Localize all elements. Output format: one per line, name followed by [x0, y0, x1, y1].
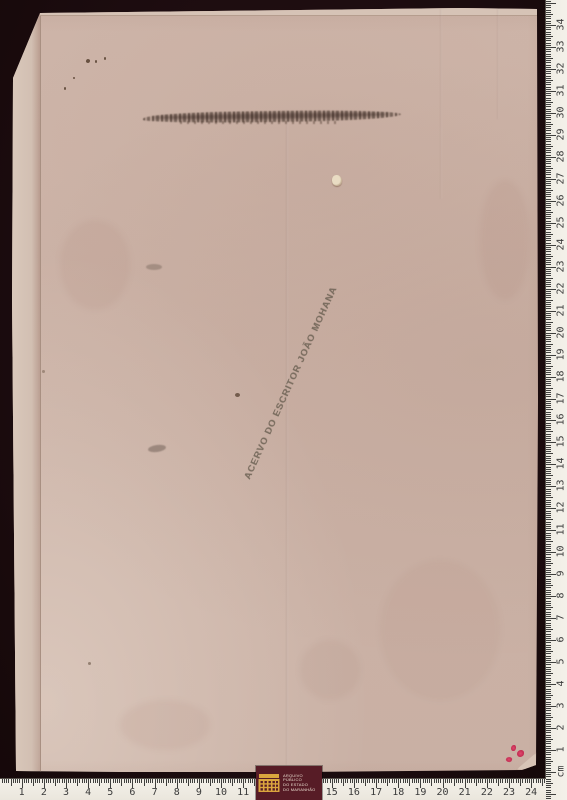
ruler-tick [546, 649, 551, 650]
ruler-tick [546, 572, 551, 573]
ruler-tick [546, 348, 551, 349]
ruler-tick [546, 159, 551, 160]
ruler-tick [520, 779, 521, 786]
ruler-tick [546, 238, 551, 239]
ruler-tick [546, 168, 553, 169]
ruler-number: 20 [434, 787, 452, 798]
ruler-tick [546, 757, 551, 758]
ruler-tick [469, 779, 470, 783]
ruler-tick [546, 416, 551, 417]
ruler-tick [546, 664, 551, 665]
ruler-tick [387, 779, 388, 786]
ruler-tick [546, 678, 551, 679]
ruler-tick [225, 779, 226, 783]
ruler-tick [546, 710, 551, 711]
ruler-tick [546, 78, 551, 79]
ruler-tick [546, 185, 551, 186]
ruler-tick [546, 49, 551, 50]
ruler-tick [101, 779, 102, 783]
ruler-tick [546, 352, 551, 353]
ruler-tick [546, 247, 551, 248]
ruler-tick [139, 779, 140, 783]
ruler-tick [546, 93, 551, 94]
ruler-tick [206, 779, 207, 783]
ruler-tick [546, 104, 551, 105]
ruler-tick [546, 667, 551, 668]
ruler-number: 4 [555, 676, 567, 692]
ruler-tick [546, 763, 551, 764]
ruler-tick [546, 495, 551, 496]
ruler-number: 8 [168, 787, 186, 798]
ruler-tick [546, 739, 553, 740]
ruler-tick [26, 779, 27, 783]
ruler-tick [546, 447, 551, 448]
ruler-number: 12 [555, 500, 567, 516]
ruler-tick [546, 546, 551, 547]
ruler-tick [15, 779, 16, 783]
ruler-tick [502, 779, 503, 783]
ruler-tick [462, 779, 463, 783]
ruler-tick [546, 339, 551, 340]
ruler-tick [546, 291, 551, 292]
ruler-tick [447, 779, 448, 783]
ruler-tick [546, 258, 551, 259]
ruler-tick [546, 697, 551, 698]
ruler-tick [330, 779, 331, 783]
ruler-tick [546, 32, 551, 33]
ruler-number: cm [555, 764, 567, 780]
ruler-tick [546, 544, 551, 545]
ruler-tick [546, 730, 551, 731]
ruler-tick [546, 207, 551, 208]
ruler-tick [546, 344, 553, 345]
ruler-tick [546, 95, 551, 96]
ruler-tick [489, 779, 490, 783]
ruler-tick [546, 576, 551, 577]
stain [300, 640, 360, 700]
ruler-tick [425, 779, 426, 783]
ruler-tick [546, 708, 551, 709]
ruler-number: 16 [555, 412, 567, 428]
ruler-tick [546, 642, 551, 643]
ruler-tick [152, 779, 153, 783]
ruler-tick [546, 212, 553, 213]
ruler-tick [546, 631, 551, 632]
crease [497, 9, 499, 119]
ruler-tick [341, 779, 342, 783]
ruler-tick [546, 528, 551, 529]
stain [480, 180, 530, 300]
ruler-tick [418, 779, 419, 783]
ruler-tick [451, 779, 452, 783]
ruler-tick [546, 794, 556, 795]
ruler-tick [546, 199, 551, 200]
ruler-tick [546, 337, 551, 338]
ruler-tick [546, 478, 551, 479]
ruler-tick [546, 629, 553, 630]
ruler-tick [546, 438, 551, 439]
ruler-tick [19, 779, 20, 783]
ruler-tick [137, 779, 138, 783]
ruler-tick [546, 458, 551, 459]
ruler-tick [546, 126, 551, 127]
ruler-tick [500, 779, 501, 783]
ruler-tick [179, 779, 180, 783]
ruler-tick [546, 58, 553, 59]
ruler-tick [546, 269, 551, 270]
ruler-tick [546, 568, 551, 569]
ruler-tick [546, 754, 551, 755]
ruler-tick [516, 779, 517, 783]
ruler-number: 11 [555, 522, 567, 538]
ruler-tick [449, 779, 450, 783]
ruler-tick [546, 163, 551, 164]
ruler-tick [546, 166, 551, 167]
ruler-tick [546, 232, 551, 233]
ruler-tick [48, 779, 49, 783]
ruler-tick [546, 87, 551, 88]
ruler-tick [77, 779, 78, 786]
ruler-tick [546, 366, 553, 367]
ruler-tick [546, 717, 553, 718]
ruler-tick [546, 23, 551, 24]
ruler-tick [392, 779, 393, 783]
ruler-tick [13, 779, 14, 783]
ruler-tick [172, 779, 173, 783]
ruler-tick [228, 779, 229, 783]
ruler-tick [546, 489, 551, 490]
ruler-tick [546, 40, 551, 41]
ruler-tick [31, 779, 32, 783]
ruler-tick [546, 188, 551, 189]
ruler-tick [208, 779, 209, 783]
ruler-tick [546, 493, 551, 494]
ruler-tick [95, 779, 96, 783]
ruler-tick [546, 741, 551, 742]
ruler-tick [546, 243, 551, 244]
ruler-tick [546, 425, 551, 426]
ruler-tick [175, 779, 176, 783]
stain [380, 560, 500, 700]
ruler-tick [546, 218, 551, 219]
ruler-tick [546, 682, 551, 683]
ruler-tick [478, 779, 479, 783]
ink-speck [104, 57, 106, 60]
ruler-tick [546, 302, 551, 303]
ruler-tick [546, 275, 551, 276]
ruler-tick [546, 137, 551, 138]
ruler-tick [546, 691, 551, 692]
ruler-tick [130, 779, 131, 783]
ruler-tick [11, 779, 12, 786]
ruler-tick [538, 779, 539, 783]
ruler-tick [546, 561, 551, 562]
ruler-tick [546, 405, 551, 406]
ruler-tick [188, 779, 189, 786]
ruler-tick [546, 407, 551, 408]
ruler-tick [327, 779, 328, 783]
ruler-number: 9 [190, 787, 208, 798]
ruler-tick [79, 779, 80, 783]
ruler-tick [546, 735, 551, 736]
ruler-tick [546, 590, 551, 591]
ruler-tick [46, 779, 47, 783]
ruler-tick [546, 796, 551, 797]
ruler-tick [431, 779, 432, 786]
ruler-tick [546, 449, 551, 450]
ruler-tick [119, 779, 120, 783]
ruler-tick [115, 779, 116, 783]
ruler-number: 1 [555, 742, 567, 758]
ruler-tick [546, 475, 553, 476]
ruler-tick [546, 122, 551, 123]
ruler-tick [343, 779, 344, 786]
ruler-number: 20 [555, 324, 567, 340]
ruler-number: 3 [555, 698, 567, 714]
ruler-tick [546, 554, 551, 555]
ruler-tick [546, 3, 556, 4]
ruler-tick [546, 234, 553, 235]
ruler-tick [546, 660, 551, 661]
ruler-tick [546, 675, 551, 676]
ruler-tick [546, 330, 551, 331]
ruler-tick [546, 51, 551, 52]
archive-logo: ARQUIVO PÚBLICO DO ESTADO DO MARANHÃO [256, 766, 322, 800]
ruler-tick [454, 779, 455, 786]
ruler-tick [546, 115, 551, 116]
ruler-tick [546, 7, 551, 8]
ruler-number: 25 [555, 214, 567, 230]
ruler-tick [546, 251, 551, 252]
ruler-tick [546, 190, 553, 191]
ruler-tick [546, 752, 551, 753]
ruler-tick [546, 240, 551, 241]
ruler-tick [546, 60, 551, 61]
ruler-tick [124, 779, 125, 783]
ruler-tick [513, 779, 514, 783]
ruler-tick [546, 625, 551, 626]
ruler-number: 13 [555, 478, 567, 494]
ruler-tick [546, 315, 551, 316]
ruler-tick [546, 249, 551, 250]
ruler-tick [352, 779, 353, 783]
ink-speck [42, 370, 45, 373]
ruler-tick [546, 787, 551, 788]
ruler-tick [546, 368, 551, 369]
ruler-tick [546, 673, 553, 674]
ruler-number: 4 [79, 787, 97, 798]
ruler-tick [546, 210, 551, 211]
ruler-tick [546, 638, 551, 639]
ruler-tick [546, 500, 551, 501]
ruler-tick [2, 779, 3, 783]
ruler-tick [363, 779, 364, 783]
ruler-tick [546, 306, 551, 307]
ruler-tick [409, 779, 410, 786]
ruler-tick [237, 779, 238, 783]
ruler-tick [546, 409, 553, 410]
ruler-tick [546, 264, 551, 265]
ruler-tick [546, 776, 551, 777]
ruler-tick [546, 54, 551, 55]
ruler-tick [546, 592, 551, 593]
ruler-tick [546, 361, 551, 362]
ruler-tick [219, 779, 220, 783]
ruler-tick [546, 119, 551, 120]
ruler-tick [546, 29, 551, 30]
ruler-tick [546, 146, 553, 147]
ruler-tick [544, 779, 545, 783]
ruler-tick [546, 205, 551, 206]
ruler-tick [546, 511, 551, 512]
ruler-tick [546, 295, 551, 296]
ruler-tick [146, 779, 147, 783]
ruler-tick [546, 651, 553, 652]
ruler-tick [458, 779, 459, 783]
ruler-tick [17, 779, 18, 783]
ruler-tick [141, 779, 142, 783]
ruler-number: 5 [555, 654, 567, 670]
ruler-tick [197, 779, 198, 783]
ruler-tick [540, 779, 541, 783]
ruler-tick [546, 671, 551, 672]
ruler-number: 22 [555, 280, 567, 296]
ruler-tick [546, 504, 551, 505]
ruler-tick [163, 779, 164, 783]
ruler-tick [546, 713, 551, 714]
ink-speck [235, 393, 240, 397]
ruler-tick [546, 563, 553, 564]
ruler-tick [361, 779, 362, 783]
ruler-tick [385, 779, 386, 783]
ruler-tick [546, 623, 551, 624]
ruler-right: cm12345678910111213141516171819202122232… [545, 0, 567, 800]
ruler-tick [190, 779, 191, 783]
ruler-tick [546, 647, 551, 648]
ruler-tick [546, 414, 551, 415]
ruler-tick [546, 603, 551, 604]
ruler-tick [546, 627, 551, 628]
ruler-tick [250, 779, 251, 783]
ruler-tick [546, 21, 551, 22]
ruler-tick [414, 779, 415, 783]
ruler-tick [35, 779, 36, 783]
ruler-tick [128, 779, 129, 783]
ruler-tick [546, 262, 551, 263]
ruler-tick [546, 774, 551, 775]
ruler-tick [381, 779, 382, 783]
ruler-tick [546, 396, 551, 397]
ruler-tick [546, 765, 551, 766]
ruler-tick [378, 779, 379, 783]
ruler-tick [230, 779, 231, 783]
ruler-tick [507, 779, 508, 783]
ruler-tick [546, 280, 551, 281]
ruler-number: 21 [555, 302, 567, 318]
ruler-tick [546, 144, 551, 145]
stain [120, 700, 210, 750]
ruler-tick [546, 102, 553, 103]
ruler-tick [203, 779, 204, 783]
ruler-tick [68, 779, 69, 783]
ruler-tick [104, 779, 105, 783]
ruler-tick [546, 388, 553, 389]
ruler-tick [546, 174, 551, 175]
ruler-tick [248, 779, 249, 783]
ruler-number: 14 [555, 456, 567, 472]
ruler-number: 19 [555, 346, 567, 362]
ruler-tick [546, 491, 551, 492]
ruler-tick [546, 45, 551, 46]
ruler-tick [97, 779, 98, 783]
ruler-tick [546, 141, 551, 142]
ruler-tick [546, 770, 551, 771]
ruler-tick [546, 557, 551, 558]
ruler-tick [546, 412, 551, 413]
ruler-tick [546, 482, 551, 483]
ruler-number: 3 [57, 787, 75, 798]
ruler-tick [546, 768, 551, 769]
ruler-tick [546, 759, 551, 760]
ruler-tick [546, 792, 551, 793]
ruler-tick [533, 779, 534, 783]
ruler-tick [546, 783, 553, 784]
ruler-tick [57, 779, 58, 783]
ruler-tick [546, 686, 551, 687]
ruler-tick [546, 293, 551, 294]
ruler-tick [546, 27, 551, 28]
ruler-tick [546, 541, 553, 542]
ruler-number: 24 [555, 236, 567, 252]
ruler-number: 34 [555, 17, 567, 33]
ruler-tick [336, 779, 337, 783]
ruler-tick [546, 319, 551, 320]
ruler-tick [546, 609, 551, 610]
ruler-tick [546, 313, 551, 314]
ruler-tick [252, 779, 253, 783]
ruler-tick [546, 522, 551, 523]
ruler-tick [546, 680, 551, 681]
ruler-tick [546, 453, 553, 454]
ruler-tick [356, 779, 357, 783]
ruler-tick [546, 392, 551, 393]
ruler-number: 30 [555, 104, 567, 120]
ruler-tick [347, 779, 348, 783]
ruler-tick [8, 779, 9, 783]
ruler-tick [546, 517, 551, 518]
ruler-tick [546, 612, 551, 613]
ruler-tick [546, 130, 551, 131]
ruler-tick [546, 401, 551, 402]
ruler-tick [546, 548, 551, 549]
ruler-tick [546, 80, 553, 81]
ruler-tick [75, 779, 76, 783]
ruler-tick [527, 779, 528, 783]
faint-pencil-mark [146, 264, 162, 270]
ruler-tick [245, 779, 246, 783]
ruler-tick [217, 779, 218, 783]
ruler-tick [546, 381, 551, 382]
ruler-tick [505, 779, 506, 783]
ruler-number: 1 [13, 787, 31, 798]
ruler-tick [546, 436, 551, 437]
ruler-tick [525, 779, 526, 783]
paper: ACERVO DO ESCRITOR JOÃO MOHANA [0, 0, 567, 800]
ruler-tick [24, 779, 25, 783]
ruler-tick [73, 779, 74, 783]
ruler-tick [383, 779, 384, 783]
ruler-tick [201, 779, 202, 783]
